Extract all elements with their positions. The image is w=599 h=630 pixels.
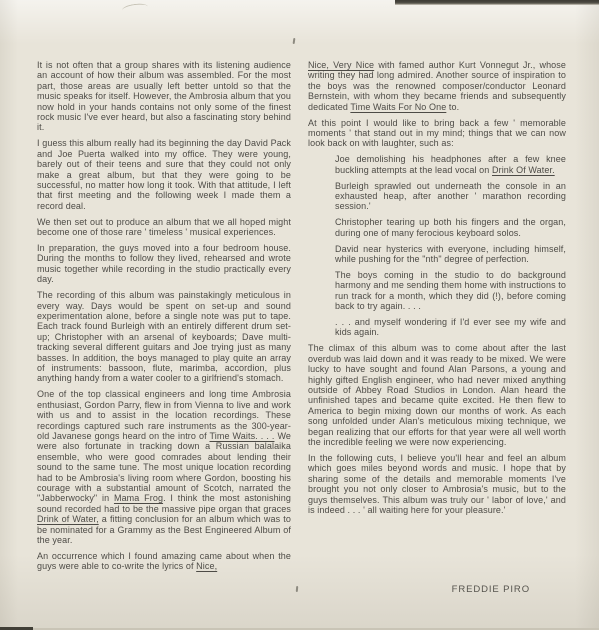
text-run: An occurrence which I found amazing came… [37, 551, 291, 571]
paragraph: David near hysterics with everyone, incl… [335, 244, 566, 265]
text-run: I guess this album really had its beginn… [37, 138, 291, 210]
paragraph: An occurrence which I found amazing came… [37, 551, 291, 572]
paragraph: Christopher tearing up both his fingers … [335, 217, 566, 238]
liner-notes-page: It is not often that a group shares with… [0, 0, 599, 630]
paragraph: The climax of this album was to come abo… [308, 343, 566, 447]
right-column: Nice, Very Nice with famed author Kurt V… [308, 60, 566, 521]
paragraph: I guess this album really had its beginn… [37, 138, 291, 211]
song-title: Drink Of Water. [492, 165, 555, 175]
song-title: Time Waits For No One [350, 102, 446, 112]
song-title: Drink of Water, [37, 514, 99, 524]
paragraph: Joe demolishing his headphones after a f… [335, 154, 566, 175]
paragraph: One of the top classical engineers and l… [37, 389, 291, 545]
paragraph: It is not often that a group shares with… [37, 60, 291, 133]
text-run: David near hysterics with everyone, incl… [335, 244, 566, 264]
paragraph: In the following cuts, I believe you'll … [308, 453, 566, 515]
song-title: Mama Frog [114, 493, 163, 503]
text-run: . . . and myself wondering if I'd ever s… [335, 317, 566, 337]
text-run: Burleigh sprawled out underneath the con… [335, 181, 566, 212]
paragraph: We then set out to produce an album that… [37, 217, 291, 238]
print-tick-top-center [293, 38, 296, 44]
song-title: Nice, [196, 561, 217, 571]
paragraph: In preparation, the guys moved into a fo… [37, 243, 291, 285]
text-run: In preparation, the guys moved into a fo… [37, 243, 291, 284]
text-run: We then set out to produce an album that… [37, 217, 291, 237]
paragraph: . . . and myself wondering if I'd ever s… [335, 317, 566, 338]
song-title: Time Waits. . . . [209, 431, 274, 441]
text-run: At this point I would like to bring back… [308, 118, 566, 149]
print-tick-bottom-center [296, 586, 299, 592]
paragraph: The recording of this album was painstak… [37, 290, 291, 384]
text-run: The recording of this album was painstak… [37, 290, 291, 383]
text-run: The boys coming in the studio to do back… [335, 270, 566, 311]
text-run: Christopher tearing up both his fingers … [335, 217, 566, 237]
text-run: It is not often that a group shares with… [37, 60, 291, 132]
scratch-mark [122, 2, 149, 15]
song-title: Nice, Very Nice [308, 60, 374, 70]
paragraph: Burleigh sprawled out underneath the con… [335, 181, 566, 212]
paragraph: The boys coming in the studio to do back… [335, 270, 566, 312]
left-column: It is not often that a group shares with… [37, 60, 291, 577]
paragraph: At this point I would like to bring back… [308, 118, 566, 149]
text-run: In the following cuts, I believe you'll … [308, 453, 566, 515]
scan-edge-top-right [395, 0, 599, 4]
signature: FREDDIE PIRO [308, 584, 566, 595]
paragraph: Nice, Very Nice with famed author Kurt V… [308, 60, 566, 112]
text-run: The climax of this album was to come abo… [308, 343, 566, 447]
text-run: to. [446, 102, 459, 112]
